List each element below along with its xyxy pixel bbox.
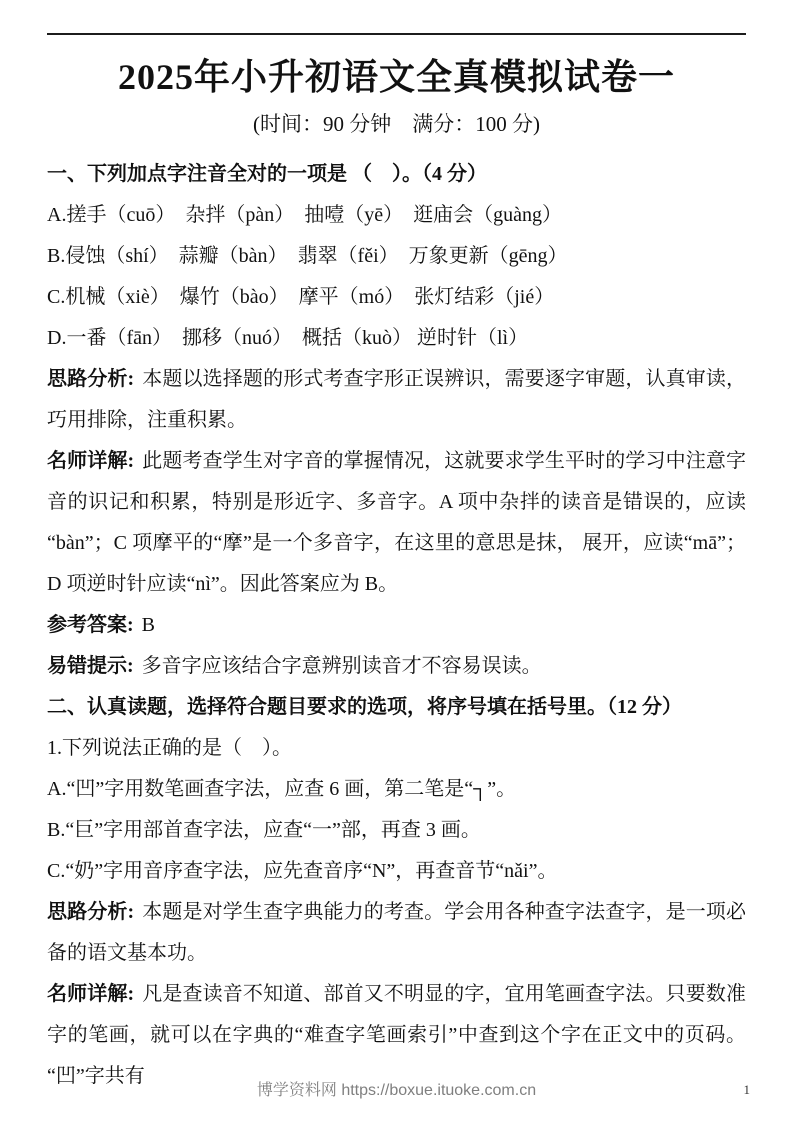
- section1-tip-paragraph: 易错提示:多音字应该结合字意辨别读音才不容易误读。: [47, 646, 746, 687]
- page-content: 2025年小升初语文全真模拟试卷一 (时间：90 分钟 满分：100 分) 一、…: [0, 53, 793, 1097]
- section1-option-c: C.机械（xiè） 爆竹（bào） 摩平（mó） 张灯结彩（jié）: [47, 277, 746, 318]
- section2-option-a: A.“凹”字用数笔画查字法，应查 6 画，第二笔是“┐”。: [47, 769, 746, 810]
- analysis-text: 本题以选择题的形式考查字形正误辨识，需要逐字审题，认真审读，巧用排除，注重积累。: [47, 368, 746, 431]
- section1-answer-paragraph: 参考答案:B: [47, 605, 746, 646]
- analysis-text: 本题是对学生查字典能力的考查。学会用各种查字法查字，是一项必备的语文基本功。: [47, 901, 746, 964]
- page-number: 1: [744, 1082, 751, 1098]
- section2-analysis-paragraph: 思路分析:本题是对学生查字典能力的考查。学会用各种查字法查字，是一项必备的语文基…: [47, 892, 746, 974]
- section1-option-b: B.侵蚀（shí） 蒜瓣（bàn） 翡翠（fěi） 万象更新（gēng）: [47, 236, 746, 277]
- detail-text: 凡是查读音不知道、部首又不明显的字，宜用笔画查字法。只要数准字的笔画，就可以在字…: [47, 983, 746, 1087]
- section1-heading: 一、下列加点字注音全对的一项是 （ ）。（4 分）: [47, 154, 746, 195]
- answer-text: B: [142, 614, 155, 636]
- tip-text: 多音字应该结合字意辨别读音才不容易误读。: [142, 655, 542, 677]
- section1-option-a: A.搓手（cuō） 杂拌（pàn） 抽噎（yē） 逛庙会（guàng）: [47, 195, 746, 236]
- document-page: 2025年小升初语文全真模拟试卷一 (时间：90 分钟 满分：100 分) 一、…: [0, 0, 793, 1122]
- footer-watermark: 博学资料网 https://boxue.ituoke.com.cn: [0, 1077, 793, 1100]
- exam-info: (时间：90 分钟 满分：100 分): [47, 109, 746, 139]
- section2-option-b: B.“巨”字用部首查字法，应查“一”部，再查 3 画。: [47, 810, 746, 851]
- section1-option-d: D.一番（fān） 挪移（nuó） 概括（kuò） 逆时针（lì）: [47, 318, 746, 359]
- analysis-label: 思路分析:: [47, 368, 134, 390]
- section1-detail-paragraph: 名师详解:此题考查学生对字音的掌握情况，这就要求学生平时的学习中注意字音的识记和…: [47, 441, 746, 605]
- answer-label: 参考答案:: [47, 614, 134, 636]
- tip-label: 易错提示:: [47, 655, 134, 677]
- detail-text: 此题考查学生对字音的掌握情况，这就要求学生平时的学习中注意字音的识记和积累，特别…: [47, 450, 746, 595]
- page-title: 2025年小升初语文全真模拟试卷一: [47, 53, 746, 101]
- analysis-label: 思路分析:: [47, 901, 134, 923]
- section1-analysis-paragraph: 思路分析:本题以选择题的形式考查字形正误辨识，需要逐字审题，认真审读，巧用排除，…: [47, 359, 746, 441]
- section2-heading: 二、认真读题，选择符合题目要求的选项，将序号填在括号里。（12 分）: [47, 687, 746, 728]
- section2-option-c: C.“奶”字用音序查字法，应先查音序“N”，再查音节“nǎi”。: [47, 851, 746, 892]
- header-rule: [47, 33, 746, 35]
- detail-label: 名师详解:: [47, 983, 134, 1005]
- section2-question: 1.下列说法正确的是（ ）。: [47, 728, 746, 769]
- detail-label: 名师详解:: [47, 450, 134, 472]
